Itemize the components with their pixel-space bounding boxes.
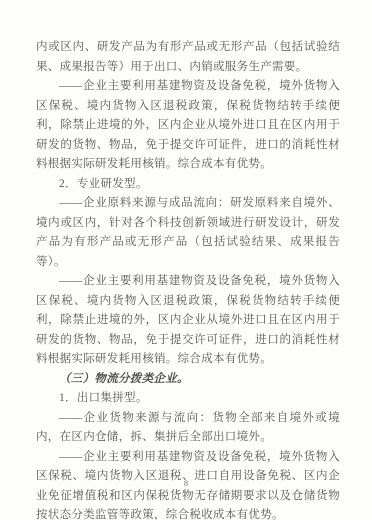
- paragraph: ——企业主要利用基建物资及设备免税，境外货物入区保税、境内货物入区退税政策，保税…: [36, 77, 340, 175]
- document-body: 内或区内、研发产品为有形产品或无形产品（包括试验结果、成果报告等）用于出口、内销…: [36, 38, 340, 520]
- paragraph: （三）物流分拨类企业。: [36, 370, 340, 390]
- paragraph: ——企业主要利用基建物资及设备免税，境外货物入区保税、境内货物入区退税政策，保税…: [36, 272, 340, 370]
- paragraph: 2．专业研发型。: [36, 175, 340, 195]
- paragraph: 内或区内、研发产品为有形产品或无形产品（包括试验结果、成果报告等）用于出口、内销…: [36, 38, 340, 77]
- page-number: 8: [0, 479, 372, 488]
- paragraph: ——企业货物来源与流向：货物全部来自境外或境内，在区内仓储，拆、集拼后全部出口境…: [36, 409, 340, 448]
- paragraph: ——企业原料来源与成品流向：研发原料来自境外、境内或区内，针对各个科技创新领域进…: [36, 194, 340, 272]
- paragraph: 1．出口集拼型。: [36, 389, 340, 409]
- document-page: 内或区内、研发产品为有形产品或无形产品（包括试验结果、成果报告等）用于出口、内销…: [0, 0, 372, 520]
